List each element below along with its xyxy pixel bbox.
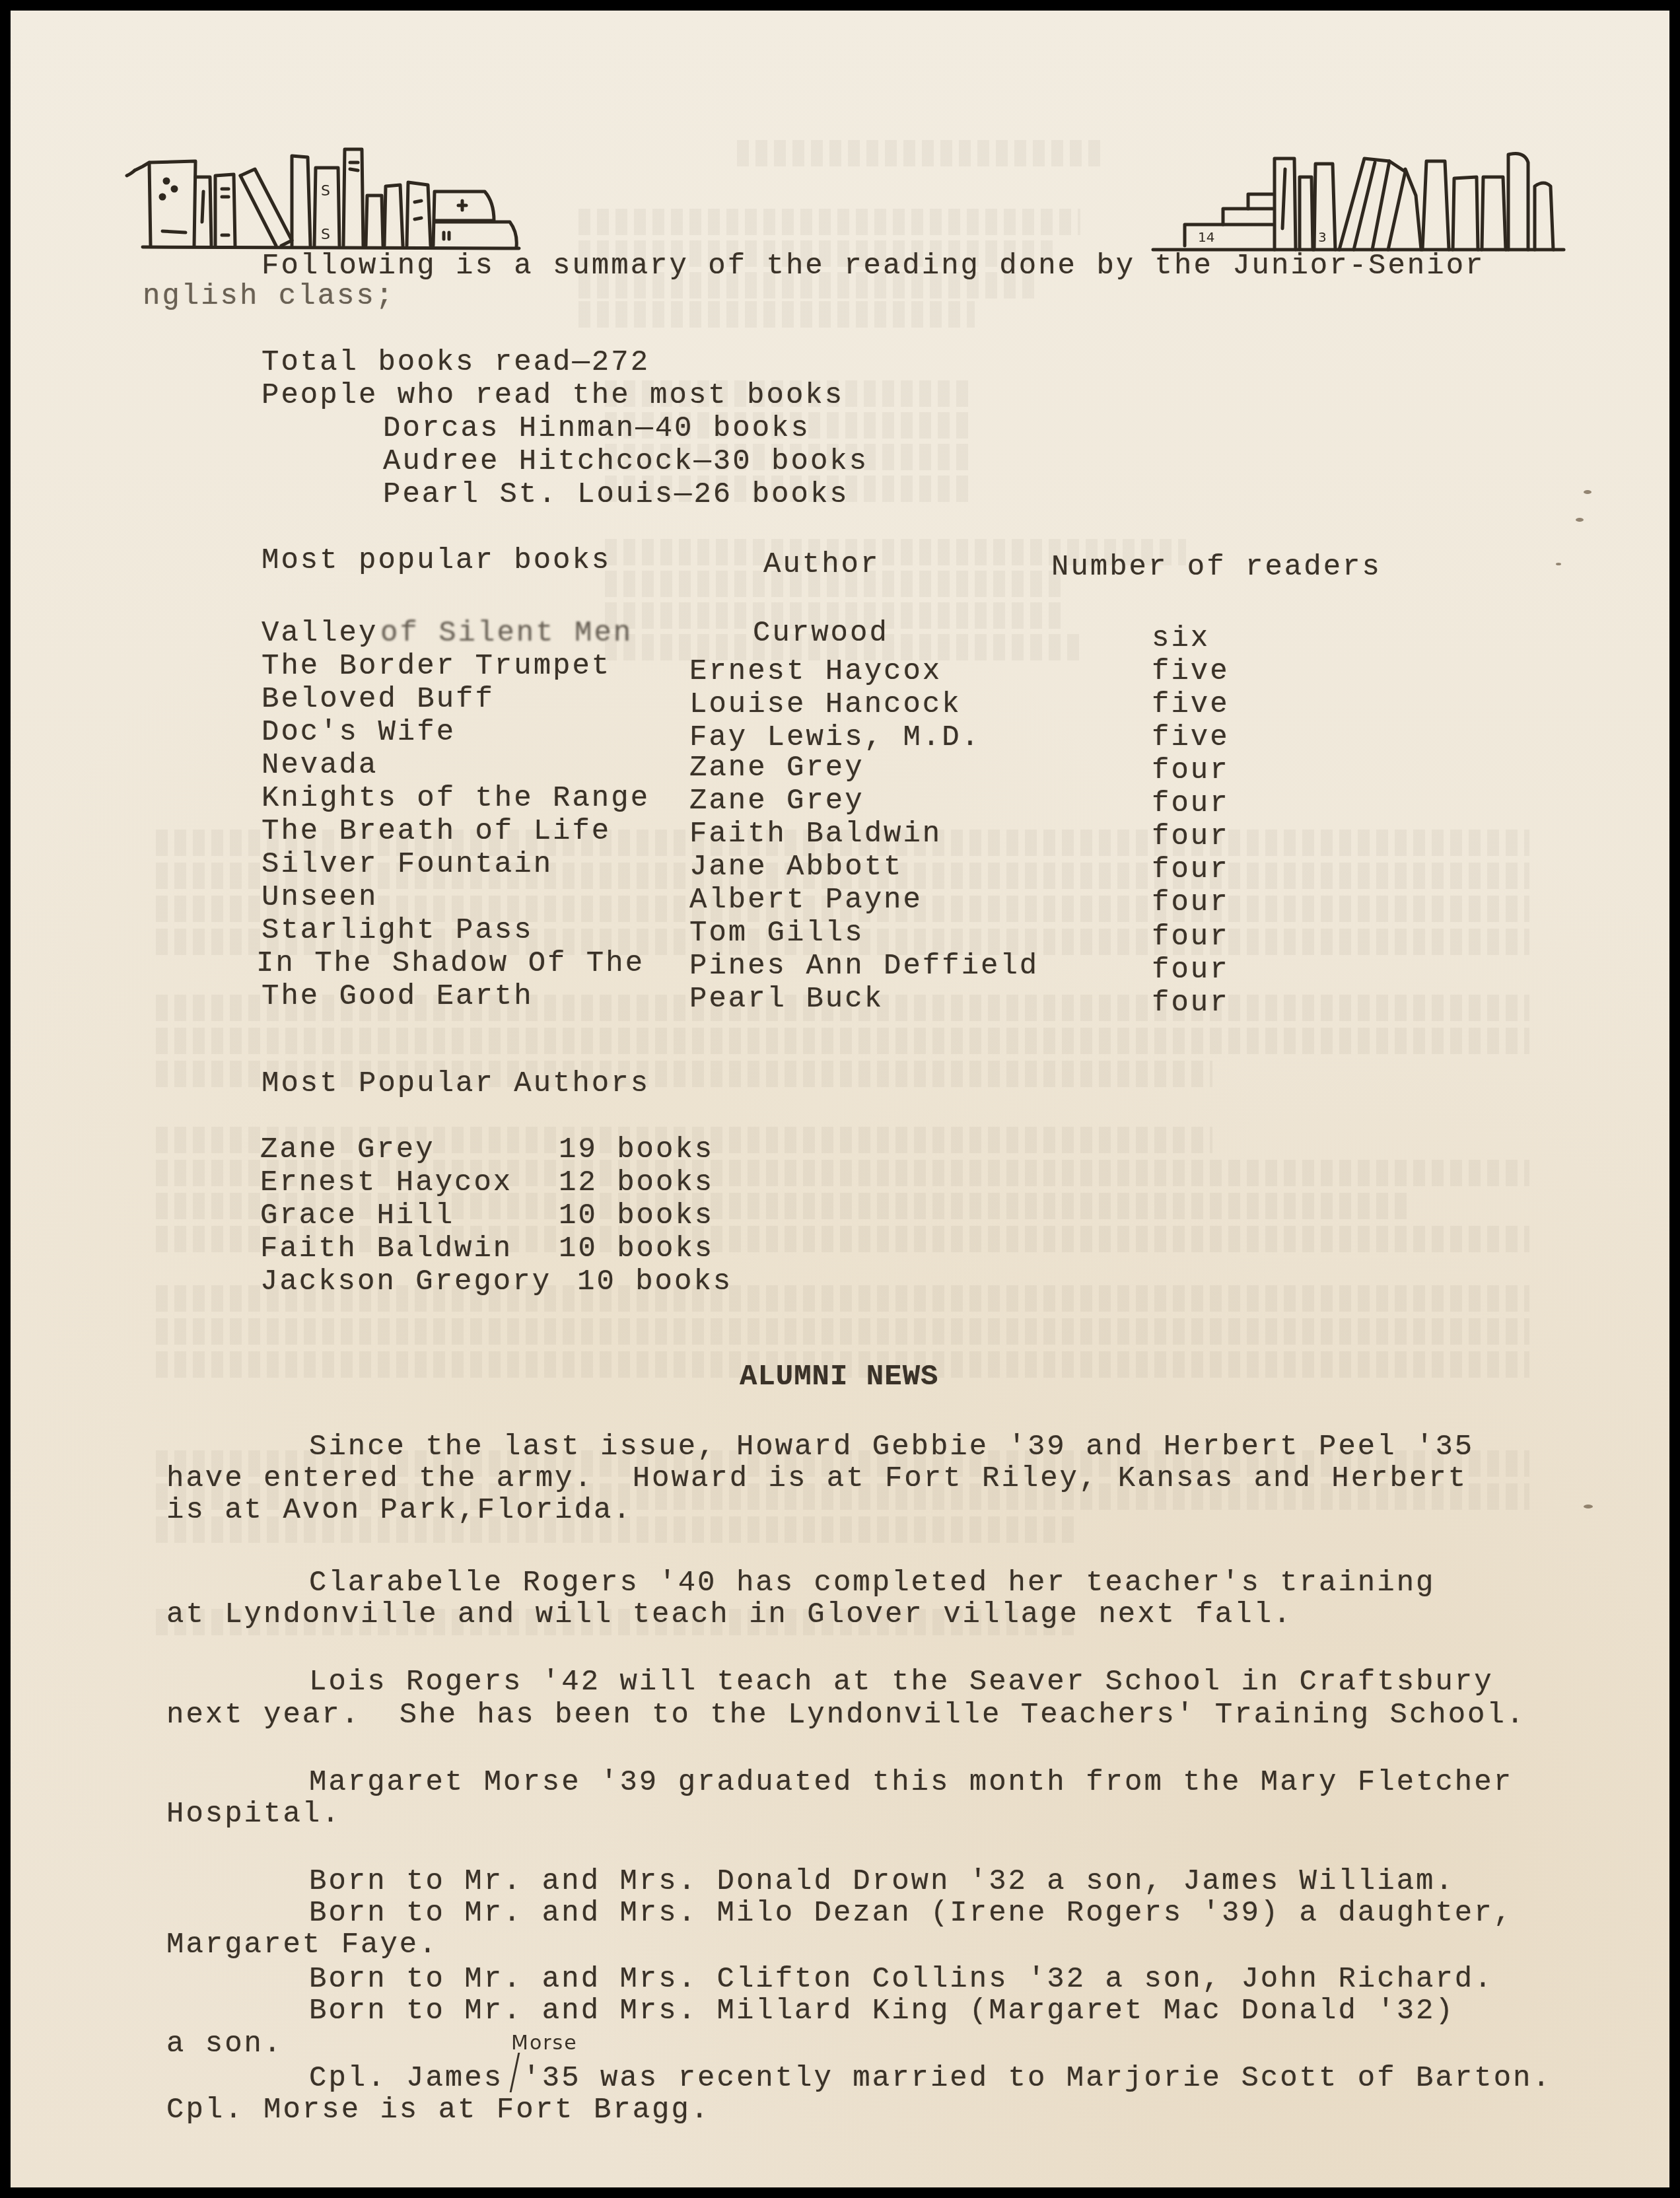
alumni-line: a son.: [166, 2028, 283, 2061]
alumni-line: Since the last issue, Howard Gebbie '39 …: [309, 1431, 1474, 1464]
top-readers-label: People who read the most books: [262, 379, 844, 412]
book-readers: four: [1152, 954, 1230, 987]
alumni-line: Born to Mr. and Mrs. Donald Drown '32 a …: [309, 1865, 1455, 1898]
author-count: 10 books: [559, 1232, 714, 1265]
bleed-through-line: [578, 301, 975, 328]
paper-speck: [1584, 490, 1592, 494]
alumni-line: is at Avon Park,Florida.: [166, 1494, 633, 1527]
author-count: 10 books: [559, 1199, 714, 1232]
book-title: In The Shadow Of The: [256, 947, 645, 980]
alumni-line: Margaret Morse '39 graduated this month …: [309, 1766, 1513, 1799]
top-reader-2: Audree Hitchcock—30 books: [383, 445, 868, 478]
book-readers: four: [1152, 886, 1230, 919]
alumni-line: Born to Mr. and Mrs. Clifton Collins '32…: [309, 1963, 1494, 1996]
book-title: Beloved Buff: [262, 683, 495, 716]
alumni-news-heading: ALUMNI NEWS: [740, 1361, 938, 1394]
book-title: Nevada: [262, 749, 378, 782]
book-author: Zane Grey: [689, 785, 864, 818]
top-reader-3: Pearl St. Louis—26 books: [383, 478, 849, 511]
book-readers: five: [1152, 688, 1230, 721]
book-readers: four: [1152, 820, 1230, 853]
books-header-author: Author: [763, 548, 880, 581]
book-author: Jane Abbott: [689, 851, 903, 884]
book-author: Curwood: [753, 617, 889, 650]
book-author: Albert Payne: [689, 884, 923, 917]
author-count: 10 books: [577, 1265, 732, 1298]
bleed-through-line: [156, 1318, 1529, 1345]
author-name: Faith Baldwin: [260, 1232, 512, 1265]
book-title: The Border Trumpet: [262, 650, 611, 683]
right-bookshelf-icon: 14 3: [1141, 143, 1570, 262]
alumni-line: Lois Rogers '42 will teach at the Seaver…: [309, 1666, 1494, 1699]
author-name: Grace Hill: [260, 1199, 454, 1232]
book-readers: five: [1152, 655, 1230, 688]
book-title: The Good Earth: [262, 980, 534, 1013]
book-readers: four: [1152, 853, 1230, 886]
total-books-read: Total books read—272: [262, 346, 650, 379]
author-name: Ernest Haycox: [260, 1166, 512, 1199]
book-title: Silver Fountain: [262, 848, 553, 881]
book-readers: four: [1152, 921, 1230, 954]
author-name: Jackson Gregory: [260, 1265, 551, 1298]
book-title-smudged: of Silent Men: [380, 617, 633, 650]
bleed-through-line: [737, 140, 1107, 166]
author-count: 19 books: [559, 1133, 714, 1166]
books-header-title: Most popular books: [262, 544, 611, 577]
svg-text:14: 14: [1198, 229, 1214, 245]
alumni-line: Margaret Faye.: [166, 1929, 438, 1962]
popular-authors-heading: Most Popular Authors: [262, 1067, 650, 1100]
bleed-through-line: [578, 209, 1080, 235]
left-bookshelf-icon: S S: [123, 123, 532, 255]
document-page: S S 14 3: [11, 11, 1669, 2187]
alumni-line: Born to Mr. and Mrs. Millard King (Marga…: [309, 1995, 1455, 2028]
bleed-through-line: [156, 1028, 1529, 1054]
alumni-line: Born to Mr. and Mrs. Milo Dezan (Irene R…: [309, 1897, 1513, 1930]
book-readers: four: [1152, 787, 1230, 820]
alumni-line: Hospital.: [166, 1798, 341, 1831]
alumni-line: at Lyndonville and will teach in Glover …: [166, 1598, 1292, 1631]
book-author: Pearl Buck: [689, 983, 884, 1016]
alumni-line: Clarabelle Rogers '40 has completed her …: [309, 1567, 1435, 1600]
intro-line-1: Following is a summary of the reading do…: [262, 250, 1485, 283]
book-readers: six: [1152, 622, 1210, 655]
alumni-line: have entered the army. Howard is at Fort…: [166, 1462, 1467, 1495]
book-title: Starlight Pass: [262, 914, 534, 947]
intro-line-2: nglish class;: [143, 280, 395, 313]
paper-speck: [1584, 1505, 1593, 1508]
book-author: Ernest Haycox: [689, 655, 942, 688]
svg-text:S: S: [321, 183, 330, 199]
book-author: Tom Gills: [689, 917, 864, 950]
book-title: Unseen: [262, 881, 378, 914]
book-readers: four: [1152, 987, 1230, 1020]
alumni-line: Cpl. Morse is at Fort Bragg.: [166, 2094, 710, 2127]
paper-speck: [1556, 563, 1561, 565]
paper-speck: [1576, 518, 1584, 522]
author-count: 12 books: [559, 1166, 714, 1199]
svg-text:S: S: [321, 227, 330, 243]
book-readers: four: [1152, 754, 1230, 787]
books-header-readers: Number of readers: [1051, 551, 1382, 584]
book-title: Knights of the Range: [262, 782, 650, 815]
book-title: The Breath of Life: [262, 815, 611, 848]
book-readers: five: [1152, 721, 1230, 754]
book-author: Faith Baldwin: [689, 818, 942, 851]
book-title: Doc's Wife: [262, 716, 456, 749]
alumni-line: Cpl. James '35 was recently married to M…: [309, 2062, 1552, 2095]
handwritten-insertion: Morse: [511, 2032, 578, 2055]
book-author: Louise Hancock: [689, 688, 962, 721]
book-title: Valley: [262, 617, 378, 650]
book-author: Zane Grey: [689, 752, 864, 785]
top-reader-1: Dorcas Hinman—40 books: [383, 412, 810, 445]
svg-text:3: 3: [1318, 229, 1327, 245]
book-author: Pines Ann Deffield: [689, 950, 1039, 983]
alumni-line: next year. She has been to the Lyndonvil…: [166, 1699, 1525, 1732]
author-name: Zane Grey: [260, 1133, 435, 1166]
book-author: Fay Lewis, M.D.: [689, 721, 981, 754]
